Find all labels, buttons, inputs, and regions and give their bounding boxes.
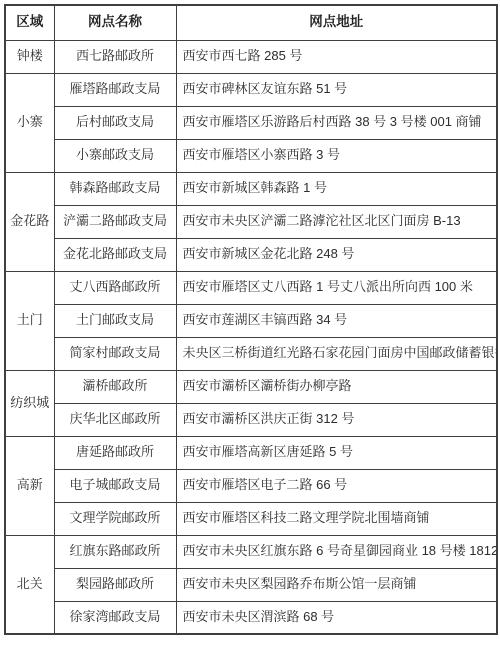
table-row: 钟楼西七路邮政所西安市西七路 285 号 [5, 40, 497, 73]
region-cell: 土门 [5, 271, 54, 370]
table-row: 纺织城灞桥邮政所西安市灞桥区灞桥街办柳亭路 [5, 370, 497, 403]
outlet-address-cell: 西安市未央区红旗东路 6 号奇星御园商业 18 号楼 1812 号商铺 [176, 535, 497, 568]
outlet-address-cell: 西安市新城区金花北路 248 号 [176, 238, 497, 271]
header-region: 区域 [5, 5, 54, 40]
outlet-address-cell: 西安市雁塔高新区唐延路 5 号 [176, 436, 497, 469]
outlet-address-cell: 西安市雁塔区乐游路后村西路 38 号 3 号楼 001 商铺 [176, 106, 497, 139]
outlet-name-cell: 金花北路邮政支局 [54, 238, 176, 271]
outlet-name-cell: 土门邮政支局 [54, 304, 176, 337]
table-row: 庆华北区邮政所西安市灞桥区洪庆正街 312 号 [5, 403, 497, 436]
outlet-name-cell: 红旗东路邮政所 [54, 535, 176, 568]
outlet-address-cell: 西安市碑林区友谊东路 51 号 [176, 73, 497, 106]
table-row: 梨园路邮政所西安市未央区梨园路乔布斯公馆一层商铺 [5, 568, 497, 601]
table-row: 电子城邮政支局西安市雁塔区电子二路 66 号 [5, 469, 497, 502]
table-row: 简家村邮政支局未央区三桥街道红光路石家花园门面房中国邮政储蓄银行 [5, 337, 497, 370]
table-row: 徐家湾邮政支局西安市未央区渭滨路 68 号 [5, 601, 497, 634]
table-row: 文理学院邮政所西安市雁塔区科技二路文理学院北围墙商铺 [5, 502, 497, 535]
page: 区域 网点名称 网点地址 钟楼西七路邮政所西安市西七路 285 号小寨雁塔路邮政… [0, 0, 500, 649]
outlet-name-cell: 后村邮政支局 [54, 106, 176, 139]
outlet-address-cell: 西安市雁塔区小寨西路 3 号 [176, 139, 497, 172]
table-row: 小寨邮政支局西安市雁塔区小寨西路 3 号 [5, 139, 497, 172]
outlet-name-cell: 文理学院邮政所 [54, 502, 176, 535]
outlet-name-cell: 唐延路邮政所 [54, 436, 176, 469]
outlet-name-cell: 雁塔路邮政支局 [54, 73, 176, 106]
outlet-name-cell: 简家村邮政支局 [54, 337, 176, 370]
outlet-address-cell: 西安市灞桥区灞桥街办柳亭路 [176, 370, 497, 403]
outlet-address-cell: 西安市未央区梨园路乔布斯公馆一层商铺 [176, 568, 497, 601]
table-row: 金花北路邮政支局西安市新城区金花北路 248 号 [5, 238, 497, 271]
region-cell: 纺织城 [5, 370, 54, 436]
table-row: 金花路韩森路邮政支局西安市新城区韩森路 1 号 [5, 172, 497, 205]
table-row: 土门邮政支局西安市莲湖区丰镐西路 34 号 [5, 304, 497, 337]
table-row: 北关红旗东路邮政所西安市未央区红旗东路 6 号奇星御园商业 18 号楼 1812… [5, 535, 497, 568]
header-outlet-address: 网点地址 [176, 5, 497, 40]
outlet-address-cell: 西安市新城区韩森路 1 号 [176, 172, 497, 205]
region-cell: 高新 [5, 436, 54, 535]
outlet-address-cell: 西安市莲湖区丰镐西路 34 号 [176, 304, 497, 337]
outlet-address-cell: 西安市西七路 285 号 [176, 40, 497, 73]
region-cell: 钟楼 [5, 40, 54, 73]
region-cell: 北关 [5, 535, 54, 634]
outlet-name-cell: 韩森路邮政支局 [54, 172, 176, 205]
outlet-address-cell: 西安市灞桥区洪庆正街 312 号 [176, 403, 497, 436]
header-outlet-name: 网点名称 [54, 5, 176, 40]
outlet-name-cell: 浐灞二路邮政支局 [54, 205, 176, 238]
outlet-address-cell: 西安市雁塔区科技二路文理学院北围墙商铺 [176, 502, 497, 535]
table-row: 小寨雁塔路邮政支局西安市碑林区友谊东路 51 号 [5, 73, 497, 106]
table-row: 浐灞二路邮政支局西安市未央区浐灞二路滹沱社区北区门面房 B-13 [5, 205, 497, 238]
outlet-name-cell: 庆华北区邮政所 [54, 403, 176, 436]
table-row: 土门丈八西路邮政所西安市雁塔区丈八西路 1 号丈八派出所向西 100 米 [5, 271, 497, 304]
region-cell: 金花路 [5, 172, 54, 271]
table-row: 高新唐延路邮政所西安市雁塔高新区唐延路 5 号 [5, 436, 497, 469]
outlet-address-cell: 未央区三桥街道红光路石家花园门面房中国邮政储蓄银行 [176, 337, 497, 370]
region-cell: 小寨 [5, 73, 54, 172]
outlet-address-cell: 西安市未央区渭滨路 68 号 [176, 601, 497, 634]
table-header: 区域 网点名称 网点地址 [5, 5, 497, 40]
table-row: 后村邮政支局西安市雁塔区乐游路后村西路 38 号 3 号楼 001 商铺 [5, 106, 497, 139]
outlet-name-cell: 西七路邮政所 [54, 40, 176, 73]
outlet-name-cell: 电子城邮政支局 [54, 469, 176, 502]
outlet-name-cell: 小寨邮政支局 [54, 139, 176, 172]
outlet-name-cell: 丈八西路邮政所 [54, 271, 176, 304]
outlet-address-cell: 西安市雁塔区电子二路 66 号 [176, 469, 497, 502]
header-row: 区域 网点名称 网点地址 [5, 5, 497, 40]
outlet-address-cell: 西安市雁塔区丈八西路 1 号丈八派出所向西 100 米 [176, 271, 497, 304]
outlet-name-cell: 徐家湾邮政支局 [54, 601, 176, 634]
table-body: 钟楼西七路邮政所西安市西七路 285 号小寨雁塔路邮政支局西安市碑林区友谊东路 … [5, 40, 497, 634]
postal-outlets-table: 区域 网点名称 网点地址 钟楼西七路邮政所西安市西七路 285 号小寨雁塔路邮政… [4, 4, 498, 635]
outlet-name-cell: 梨园路邮政所 [54, 568, 176, 601]
outlet-address-cell: 西安市未央区浐灞二路滹沱社区北区门面房 B-13 [176, 205, 497, 238]
outlet-name-cell: 灞桥邮政所 [54, 370, 176, 403]
